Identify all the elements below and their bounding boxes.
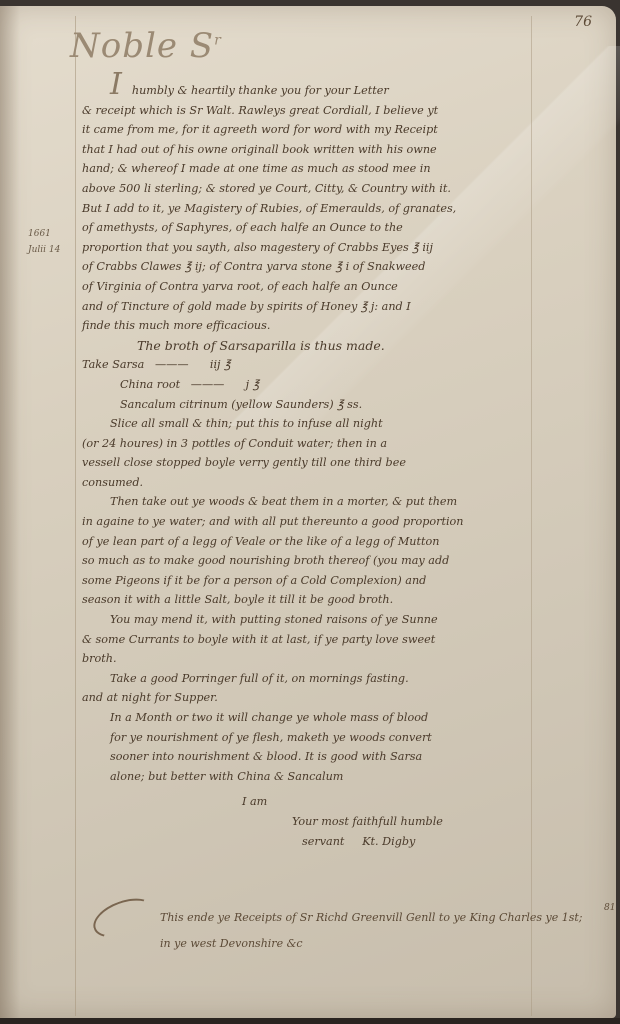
- letter-line: that I had out of his owne originall boo…: [82, 140, 532, 160]
- signature: Kt. Digby: [362, 835, 415, 848]
- closing-i-am: I am: [82, 792, 532, 812]
- letter-body: Ihumbly & heartily thanke you for your L…: [82, 80, 532, 851]
- closing-servant: servant Kt. Digby: [82, 832, 532, 852]
- letter-line: proportion that you sayth, also magester…: [82, 238, 532, 258]
- ingredient-dash: ———: [155, 358, 189, 371]
- method-line: (or 24 houres) in 3 pottles of Conduit w…: [82, 434, 532, 454]
- method-line: broth.: [82, 649, 532, 669]
- desk-edge: [0, 1018, 620, 1024]
- endorsement-number: 81: [604, 903, 615, 913]
- ingredient-name: Take Sarsa: [82, 358, 144, 371]
- method-line: in againe to ye water; and with all put …: [82, 512, 532, 532]
- recipe-heading: The broth of Sarsaparilla is thus made.: [82, 336, 532, 356]
- closing-line: Your most faithfull humble: [82, 812, 532, 832]
- letter-line: above 500 li sterling; & stored ye Court…: [82, 179, 532, 199]
- method-line: In a Month or two it will change ye whol…: [82, 708, 532, 728]
- letter-salutation: Noble Sr: [70, 26, 222, 66]
- endorsement: This ende ye Receipts of Sr Richd Greenv…: [92, 901, 612, 953]
- margin-note: 1661 Julii 14: [28, 226, 60, 258]
- endorsement-line: This ende ye Receipts of Sr Richd Greenv…: [160, 911, 583, 924]
- folio-number: 76: [574, 14, 592, 30]
- method-line: so much as to make good nourishing broth…: [82, 551, 532, 571]
- method-line: sooner into nourishment & blood. It is g…: [82, 747, 532, 767]
- ingredient-qty: ℥ ss.: [337, 398, 362, 411]
- dropcap-initial: I: [110, 67, 122, 102]
- method-line: and at night for Supper.: [82, 688, 532, 708]
- letter-line: it came from me, for it agreeth word for…: [82, 120, 532, 140]
- manuscript-page: 76 1661 Julii 14 Noble Sr Ihumbly & hear…: [0, 6, 616, 1018]
- ingredient-name: Sancalum citrinum (yellow Saunders): [120, 398, 334, 411]
- margin-note-year: 1661: [28, 226, 60, 242]
- method-line: Then take out ye woods & beat them in a …: [82, 492, 532, 512]
- margin-note-date: Julii 14: [28, 242, 60, 258]
- method-line: of ye lean part of a legg of Veale or th…: [82, 532, 532, 552]
- method-line: & some Currants to boyle with it at last…: [82, 630, 532, 650]
- ingredient-dash: ———: [191, 378, 225, 391]
- method-line: consumed.: [82, 473, 532, 493]
- ingredient-name: China root: [120, 378, 180, 391]
- ingredient-qty: j ℥: [246, 378, 260, 391]
- ingredient-row: China root ——— j ℥: [82, 375, 532, 395]
- salutation-text: Noble S: [70, 26, 214, 66]
- method-line: alone; but better with China & Sancalum: [82, 767, 532, 787]
- letter-line: hand; & whereof I made at one time as mu…: [82, 159, 532, 179]
- ingredient-qty: iij ℥: [210, 358, 231, 371]
- letter-line: of amethysts, of Saphyres, of each halfe…: [82, 218, 532, 238]
- letter-line: Ihumbly & heartily thanke you for your L…: [82, 80, 532, 101]
- method-line: You may mend it, with putting stoned rai…: [82, 610, 532, 630]
- letter-line: of Crabbs Clawes ℥ ij; of Contra yarva s…: [82, 257, 532, 277]
- letter-line: and of Tincture of gold made by spirits …: [82, 297, 532, 317]
- letter-line: finde this much more efficacious.: [82, 316, 532, 336]
- letter-line: of Virginia of Contra yarva root, of eac…: [82, 277, 532, 297]
- endorsement-line: in ye west Devonshire &c: [92, 935, 612, 953]
- method-line: for ye nourishment of ye flesh, maketh y…: [82, 728, 532, 748]
- method-line: season it with a little Salt, boyle it t…: [82, 590, 532, 610]
- ingredient-row: Take Sarsa ——— iij ℥: [82, 355, 532, 375]
- method-line: vessell close stopped boyle verry gently…: [82, 453, 532, 473]
- left-margin-rule: [75, 16, 76, 1016]
- salutation-sup: r: [214, 33, 222, 49]
- letter-line: But I add to it, ye Magistery of Rubies,…: [82, 199, 532, 219]
- method-line: some Pigeons if it be for a person of a …: [82, 571, 532, 591]
- ingredient-row: Sancalum citrinum (yellow Saunders) ℥ ss…: [82, 395, 532, 415]
- letter-line: & receipt which is Sr Walt. Rawleys grea…: [82, 101, 532, 121]
- method-line: Take a good Porringer full of it, on mor…: [82, 669, 532, 689]
- method-line: Slice all small & thin; put this to infu…: [82, 414, 532, 434]
